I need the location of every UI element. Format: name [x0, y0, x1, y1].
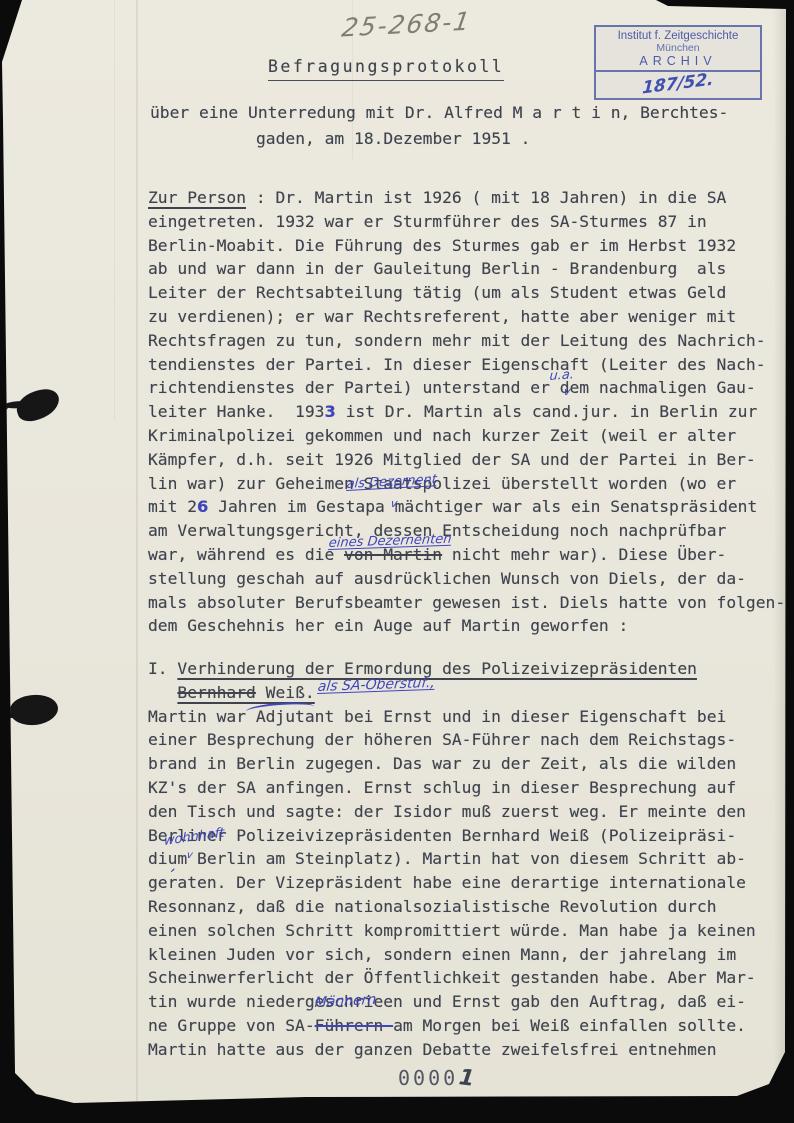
paper-crease [114, 0, 115, 420]
typed-line: tendienstes der Partei. In dieser Eigens… [148, 353, 785, 377]
typed-line: KZ's der SA anfingen. Ernst schlug in di… [148, 776, 756, 800]
document-title: Befragungsprotokoll [268, 57, 504, 81]
typed-line: Leiter der Rechtsabteilung tätig (um als… [148, 281, 785, 305]
typed-line: kleinen Juden vor sich, sondern einen Ma… [148, 943, 756, 967]
typed-line: dem Geschehnis her ein Auge auf Martin g… [148, 614, 785, 638]
stamp-number-handwritten: 187/52. [642, 67, 715, 100]
page-number: 00001 [398, 1066, 474, 1091]
typed-line: war, während es die von Martin nicht meh… [148, 543, 785, 567]
typed-line: brand in Berlin zugegen. Das war zu der … [148, 752, 756, 776]
typed-line: ne Gruppe von SA-Führern am Morgen bei W… [148, 1014, 756, 1038]
typed-line: lin war) zur Geheimen Staatspolizei über… [148, 472, 785, 496]
typed-line: geraten. Der Vizepräsident habe eine der… [148, 871, 756, 895]
typed-line: am Verwaltungsgericht, dessen Entscheidu… [148, 519, 785, 543]
stamp-archiv-line: ARCHIV [596, 54, 760, 70]
typed-line: Kämpfer, d.h. seit 1926 Mitglied der SA … [148, 448, 785, 472]
typed-line: Zur Person : Dr. Martin ist 1926 ( mit 1… [148, 186, 785, 210]
typed-line: dium Berlin am Steinplatz). Martin hat v… [148, 847, 756, 871]
paper-crease [136, 0, 138, 1123]
page-number-handwritten: 1 [458, 1065, 476, 1092]
ink-blot-punch-hole-top [13, 385, 63, 425]
handwritten-annotation: v [563, 385, 571, 398]
handwritten-annotation: v [390, 497, 398, 510]
typed-line: mit 26 Jahren im Gestapa mächtiger war a… [148, 495, 785, 519]
typed-line: Bernhard Weiß. [148, 681, 756, 705]
typed-line: I. Verhinderung der Ermordung des Polize… [148, 657, 756, 681]
typed-line: richtendienstes der Partei) unterstand e… [148, 376, 785, 400]
typed-line: den Tisch und sagte: der Isidor muß zuer… [148, 800, 756, 824]
archive-stamp: Institut f. Zeitgeschichte München ARCHI… [594, 25, 762, 100]
typed-line: tin wurde niedergeschrieen und Ernst gab… [148, 990, 756, 1014]
stamp-city-line: München [596, 42, 760, 54]
typed-line: Scheinwerferlicht der Öffentlichkeit ges… [148, 966, 756, 990]
section-1-weiss: I. Verhinderung der Ermordung des Polize… [148, 657, 756, 1062]
page-number-stamped: 0000 [398, 1066, 458, 1090]
typed-line: stellung geschah auf ausdrücklichen Wuns… [148, 567, 785, 591]
typed-line: eingetreten. 1932 war er Sturmführer des… [148, 210, 785, 234]
pencil-archive-number: 25-268-1 [340, 6, 474, 42]
typed-line: mals absoluter Berufsbeamter gewesen ist… [148, 591, 785, 615]
stamp-institute-line: Institut f. Zeitgeschichte [596, 27, 760, 42]
typed-line: leiter Hanke. 1933 ist Dr. Martin als ca… [148, 400, 785, 424]
title-subtitle-line1: über eine Unterredung mit Dr. Alfred M a… [150, 101, 728, 125]
typed-line: ab und war dann in der Gauleitung Berlin… [148, 257, 785, 281]
typed-line: Martin war Adjutant bei Ernst und in die… [148, 705, 756, 729]
typed-line: Resonnanz, daß die nationalsozialistisch… [148, 895, 756, 919]
para-zur-person: Zur Person : Dr. Martin ist 1926 ( mit 1… [148, 186, 785, 638]
typed-line: Rechtsfragen zu tun, sondern mehr mit de… [148, 329, 785, 353]
ink-blot-punch-hole-bottom [8, 692, 60, 728]
document-page: 25-268-1 Institut f. Zeitgeschichte Münc… [0, 0, 794, 1123]
typed-line: Kriminalpolizei gekommen und nach kurzer… [148, 424, 785, 448]
typed-line: einen solchen Schritt kompromittiert wür… [148, 919, 756, 943]
scan-background: 25-268-1 Institut f. Zeitgeschichte Münc… [0, 0, 794, 1123]
title-subtitle-line2: gaden, am 18.Dezember 1951 . [256, 127, 530, 151]
typed-line: Berliner Polizeivizepräsidenten Bernhard… [148, 824, 756, 848]
typed-line: zu verdienen); er war Rechtsreferent, ha… [148, 305, 785, 329]
typed-line: Martin hatte aus der ganzen Debatte zwei… [148, 1038, 756, 1062]
typed-line: Berlin-Moabit. Die Führung des Sturmes g… [148, 234, 785, 258]
handwritten-annotation: Männern [314, 992, 377, 1011]
typed-line: einer Besprechung der höheren SA-Führer … [148, 728, 756, 752]
handwritten-annotation: u.a. [549, 367, 574, 384]
